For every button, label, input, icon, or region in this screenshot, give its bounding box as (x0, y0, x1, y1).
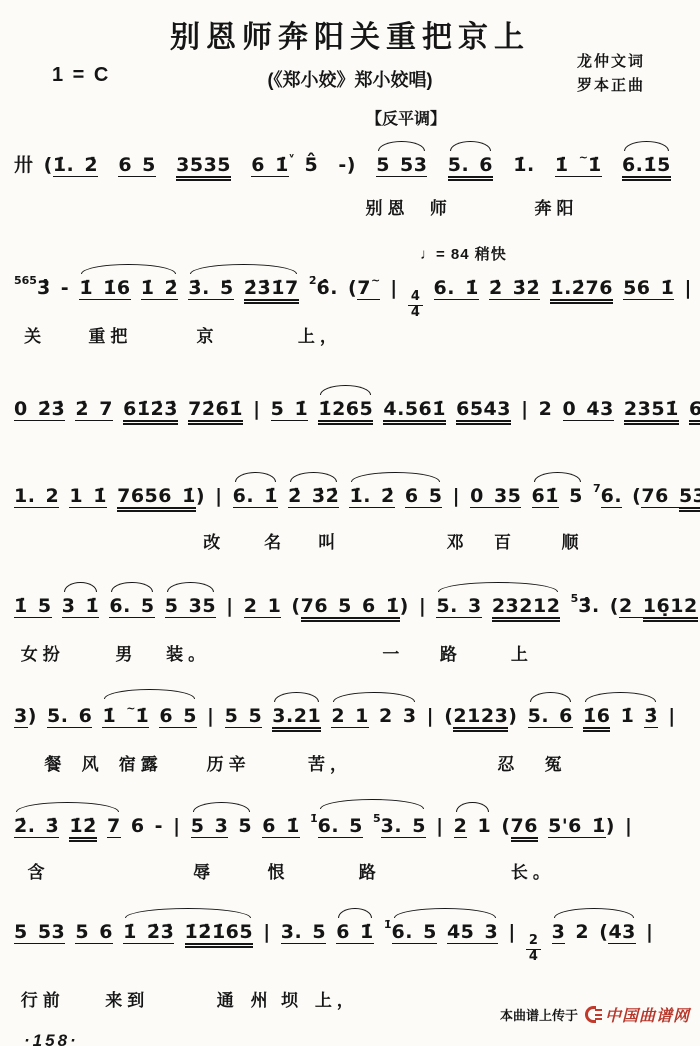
score-line-6: 3) 5. 6 1̇ ~1̇ 6 5 | 5 5 3.21 2 1 2 3 | … (14, 686, 690, 727)
lyric-syllable: 女扮 (21, 640, 65, 665)
grace-note: 1̇ (310, 812, 318, 825)
slur-arc (81, 264, 176, 274)
slur-arc (190, 264, 296, 274)
lyric-syllable: 叫 (318, 528, 340, 553)
time-signature: 24 (526, 934, 542, 965)
notation-line-2: 5653̂ - 1̇ 1̇6 1̇ 2̇ 3̇. 5̇ 2̇3̇1̇7 2̇6̂… (14, 258, 690, 321)
slur-arc (64, 582, 98, 592)
slur-arc (585, 692, 656, 702)
slur-arc (351, 472, 440, 482)
lyric-syllable: 师 (430, 194, 452, 219)
notation-line-8: 5 53 5 6 1̇ 2̇3̇ 1̇2̇1̇65 | 3. 5 6 1̇ 1̇… (14, 902, 690, 965)
lyric-syllable: 男 (115, 640, 137, 665)
time-signature: 44 (408, 290, 424, 321)
site-logo-icon (585, 1006, 602, 1023)
score-line-3: 0 2̇3̇ 2̇ 7 61̇2̇3̇ 72̇61̇ | 5 1̇ 1̇265 … (14, 382, 690, 420)
score-line-5: 1̇ 5 3 1̇ 6. 5 5 35 | 2 1 (76 5 6 1̇) | … (14, 576, 690, 617)
composer-credit: 罗本正曲 (577, 74, 645, 98)
credits: 龙仲文词 罗本正曲 (577, 50, 645, 98)
lyric-syllable: 奔阳 (535, 194, 579, 219)
lyric-syllable: 百 (494, 528, 516, 553)
score-line-8: 5 53 5 6 1̇ 2̇3̇ 1̇2̇1̇65 | 3. 5 6 1̇ 1̇… (14, 902, 690, 965)
slur-arc (320, 385, 371, 395)
grace-note: 5 (571, 592, 579, 605)
slur-arc (554, 908, 634, 918)
grace-note: 5 (373, 812, 381, 825)
lyric-syllable: 一 (382, 640, 404, 665)
lyric-syllable: 改 (203, 528, 225, 553)
lyric-syllable: 餐 (44, 750, 66, 775)
grace-note: 7 (593, 482, 601, 495)
grace-note: ~ (126, 702, 135, 715)
lyric-syllable: 宿露 (119, 750, 163, 775)
lyric-syllable: 坝 (281, 986, 303, 1011)
lyric-syllable: 风 (82, 750, 104, 775)
lyric-syllable: 装。 (166, 640, 210, 665)
slur-arc (333, 692, 414, 702)
grace-note: 565 (14, 274, 37, 287)
grace-note: ᵛ (289, 151, 295, 164)
slur-arc (167, 582, 214, 592)
site-name: 中国曲谱网 (605, 1003, 690, 1026)
lyric-syllable: 顺 (562, 528, 584, 553)
score-line-7: 2̇. 3̇ 1̇2̇ 7 6 - | 5 3 5 6 1̇ 1̇6. 5 53… (14, 796, 690, 837)
lyric-syllable: 关 (24, 322, 46, 347)
lyric-syllable: 别恩 (366, 194, 410, 219)
lyrics-line-1: 别恩师奔阳 (14, 194, 690, 218)
lyric-syllable: 忍 (497, 750, 519, 775)
lyrics-line-7: 含辱恨路长。 (14, 858, 690, 882)
notation-line-3: 0 2̇3̇ 2̇ 7 61̇2̇3̇ 72̇61̇ | 5 1̇ 1̇265 … (14, 382, 690, 420)
lyric-syllable: 上 (511, 640, 533, 665)
sheet-music-page: 别恩师奔阳关重把京上 1 = C (《郑小姣》郑小姣唱) 龙仲文词 罗本正曲 【… (0, 0, 700, 1046)
lyric-syllable: 名 (264, 528, 286, 553)
lyric-syllable: 重把 (88, 322, 132, 347)
lyric-syllable: 长。 (511, 858, 555, 883)
score-line-4: 1. 2 1 1̇ 7656 1̇) | 6. 1̇ 2̇ 3̇2̇ 1̇. 2… (14, 466, 690, 507)
lyric-syllable: 辱 (193, 858, 215, 883)
lyric-syllable: 州 (251, 986, 273, 1011)
lyric-syllable: 冤 (545, 750, 567, 775)
slur-arc (125, 908, 251, 918)
grace-note: 2̇ (309, 274, 317, 287)
lyric-syllable: 路 (359, 858, 381, 883)
lyric-syllable: 上， (315, 986, 359, 1011)
footer: 本曲谱上传于 中国曲谱网 (500, 1003, 690, 1026)
lyric-syllable: 京 (197, 322, 219, 347)
grace-note: ~ (371, 274, 380, 287)
lyric-syllable: 含 (28, 858, 50, 883)
site-logo[interactable]: 中国曲谱网 (585, 1003, 690, 1026)
upload-note: 本曲谱上传于 (500, 1005, 578, 1024)
mode-label: 【反平调】 (366, 106, 446, 129)
score-line-2: 5653̂ - 1̇ 1̇6 1̇ 2̇ 3̇. 5̇ 2̇3̇1̇7 2̇6̂… (14, 258, 690, 321)
slur-arc (456, 802, 490, 812)
lyrics-line-2: 关重把京上， (14, 322, 690, 346)
slur-arc (290, 472, 337, 482)
grace-note: ~ (579, 151, 588, 164)
lyric-syllable: 邓 (447, 528, 469, 553)
lyrics-line-5: 女扮男装。一路上 (14, 640, 690, 664)
notation-line-6: 3) 5. 6 1̇ ~1̇ 6 5 | 5 5 3.21 2 1 2 3 | … (14, 686, 690, 727)
notation-line-7: 2̇. 3̇ 1̇2̇ 7 6 - | 5 3 5 6 1̇ 1̇6. 5 53… (14, 796, 690, 837)
slur-arc (624, 141, 669, 151)
lyric-syllable: 上， (298, 322, 342, 347)
slur-arc (320, 799, 424, 809)
slur-arc (104, 689, 194, 699)
slur-arc (338, 908, 372, 918)
lyric-syllable: 历辛 (207, 750, 251, 775)
lyric-syllable: 路 (440, 640, 462, 665)
lyricist-credit: 龙仲文词 (577, 50, 645, 74)
lyric-syllable: 恨 (268, 858, 290, 883)
slur-arc (378, 141, 425, 151)
slur-arc (534, 472, 581, 482)
notation-line-5: 1̇ 5 3 1̇ 6. 5 5 35 | 2 1 (76 5 6 1̇) | … (14, 576, 690, 617)
slur-arc (235, 472, 276, 482)
slur-arc (530, 692, 571, 702)
slur-arc (274, 692, 319, 702)
grace-note: 1̇ (384, 918, 392, 931)
page-number: ·158· (24, 1031, 79, 1046)
lyrics-line-6: 餐风宿露历辛苦，忍冤 (14, 750, 690, 774)
slur-arc (450, 141, 491, 151)
lyric-syllable: 苦， (308, 750, 352, 775)
lyric-syllable: 行前 (21, 986, 65, 1011)
slur-arc (111, 582, 152, 592)
slur-arc (394, 908, 497, 918)
slur-arc (193, 802, 250, 812)
notation-line-1: 卅 (1̇. 2̇ 6 5 3535 6 1̇ᵛ 5̂ -) 5 53 5. 6… (14, 134, 690, 177)
slur-arc (438, 582, 558, 592)
lyrics-line-4: 改名叫邓百顺 (14, 528, 690, 552)
slur-arc (16, 802, 119, 812)
lyric-syllable: 来到 (105, 986, 149, 1011)
lyric-syllable: 通 (217, 986, 239, 1011)
score-line-1: 卅 (1̇. 2̇ 6 5 3535 6 1̇ᵛ 5̂ -) 5 53 5. 6… (14, 134, 690, 177)
notation-line-4: 1. 2 1 1̇ 7656 1̇) | 6. 1̇ 2̇ 3̇2̇ 1̇. 2… (14, 466, 690, 507)
